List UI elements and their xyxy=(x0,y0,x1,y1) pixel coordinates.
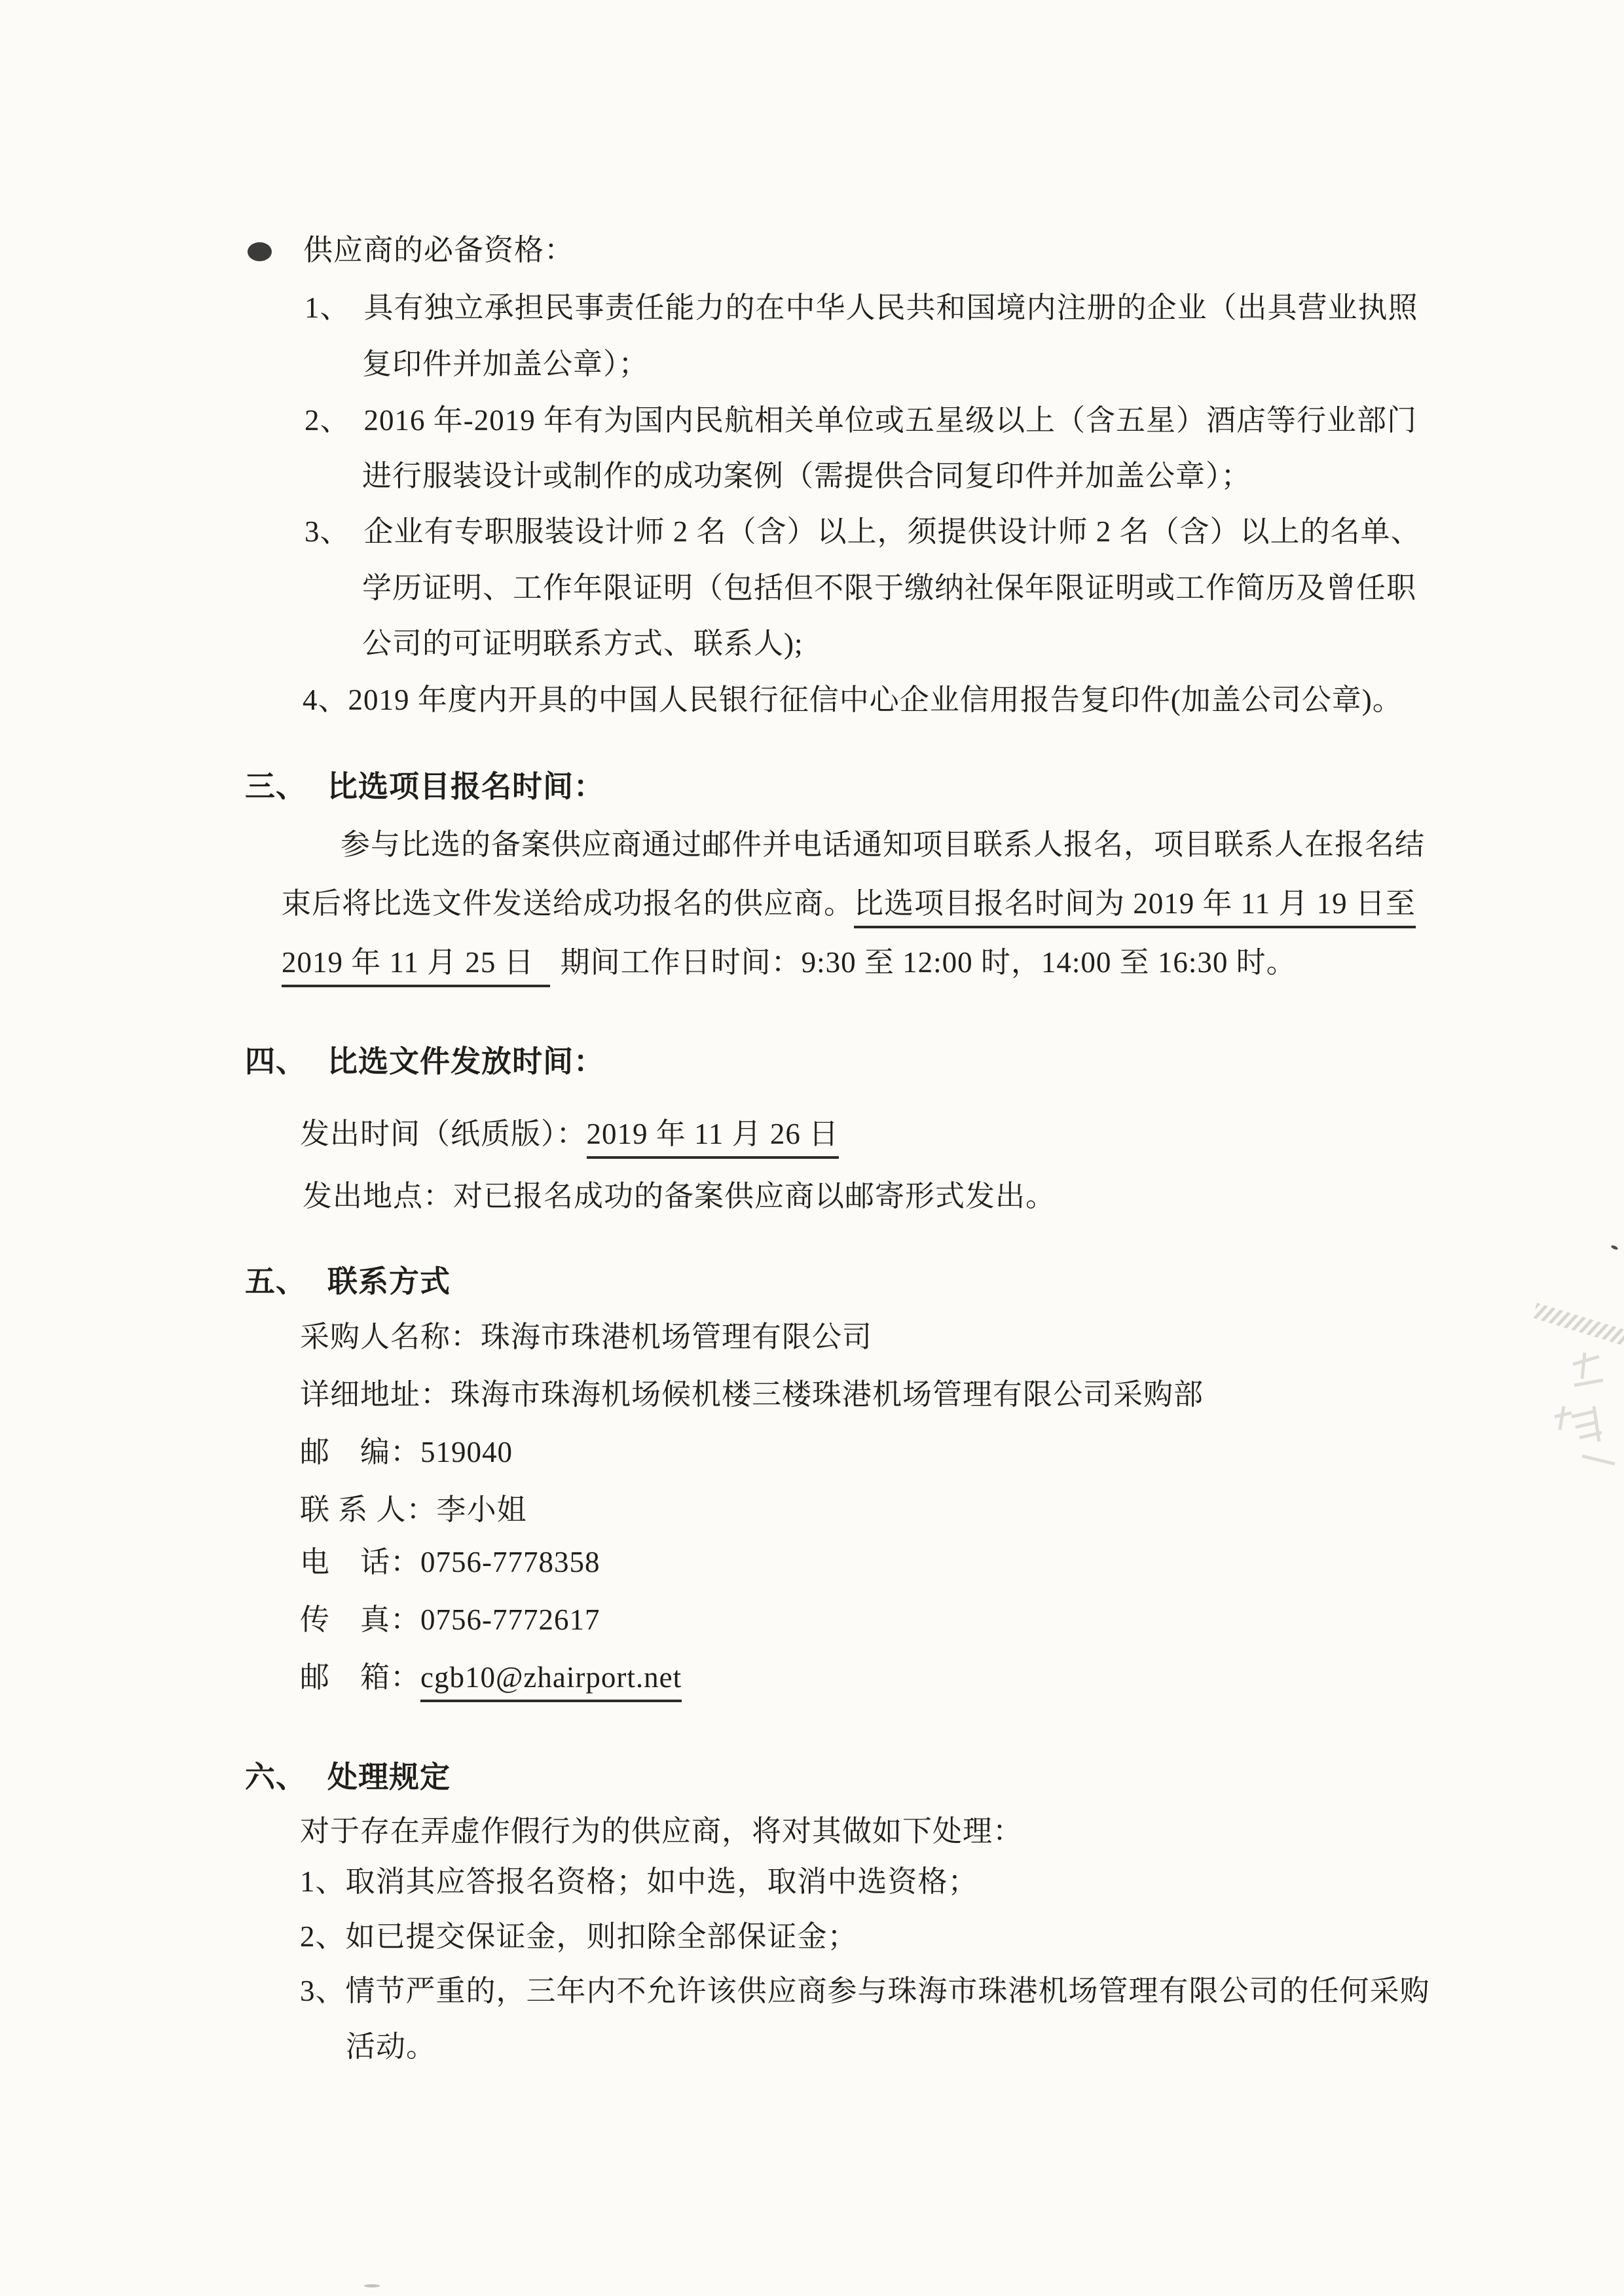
issue-time-label: 发出时间（纸质版）： xyxy=(300,1118,587,1150)
qual-item1-number: 1、 xyxy=(304,291,350,324)
qual-item2-number: 2、 xyxy=(304,404,350,437)
fax-row: 传 真：0756-7772617 xyxy=(300,1601,600,1639)
section-three-number: 三、 xyxy=(245,770,306,803)
address-row: 详细地址：珠海市珠海机场候机楼三楼珠港机场管理有限公司采购部 xyxy=(300,1376,1204,1413)
penalty-item2-text: 2、如已提交保证金，则扣除全部保证金； xyxy=(300,1920,858,1953)
section-three-para-text1: 参与比选的备案供应商通过邮件并电话通知项目联系人报名，项目联系人在报名结 xyxy=(341,828,1425,861)
postcode-label: 邮 编： xyxy=(300,1436,420,1468)
qual-item3-text1: 企业有专职服装设计师 2 名（含）以上，须提供设计师 2 名（含）以上的名单、 xyxy=(364,515,1421,548)
qual-item3-line1: 3、企业有专职服装设计师 2 名（含）以上，须提供设计师 2 名（含）以上的名单… xyxy=(304,513,1421,551)
section-three-para-text3: 期间工作日时间：9:30 至 12:00 时，14:00 至 16:30 时。 xyxy=(561,946,1297,979)
issue-time-value-underlined: 2019 年 11 月 26 日 xyxy=(587,1118,840,1159)
section-four-number: 四、 xyxy=(245,1045,306,1078)
ink-speck xyxy=(1610,1245,1618,1250)
section-six-intro-line: 对于存在弄虚作假行为的供应商，将对其做如下处理： xyxy=(300,1812,1023,1850)
penalty-item3-text2: 活动。 xyxy=(346,2030,436,2063)
issue-place-line: 发出地点：对已报名成功的备案供应商以邮寄形式发出。 xyxy=(303,1177,1056,1215)
section-three-para-line3: 2019 年 11 月 25 日期间工作日时间：9:30 至 12:00 时，1… xyxy=(282,943,1297,981)
contact-person-value: 李小姐 xyxy=(437,1493,527,1526)
issue-place-text: 发出地点：对已报名成功的备案供应商以邮寄形式发出。 xyxy=(303,1180,1056,1212)
penalty-item1-text: 1、取消其应答报名资格；如中选，取消中选资格； xyxy=(300,1865,978,1898)
section-five-number: 五、 xyxy=(245,1265,306,1298)
section-four-title: 比选文件发放时间： xyxy=(327,1045,604,1078)
qual-item3-text3: 公司的可证明联系方式、联系人); xyxy=(362,627,803,660)
section-six-intro-text: 对于存在弄虚作假行为的供应商，将对其做如下处理： xyxy=(300,1815,1023,1848)
bullet-icon xyxy=(248,242,272,261)
qual-item1-text2: 复印件并加盖公章）； xyxy=(362,348,649,380)
phone-row: 电 话：0756-7778358 xyxy=(300,1543,600,1581)
section-six-number: 六、 xyxy=(245,1760,306,1794)
email-row: 邮 箱：cgb10@zhairport.net xyxy=(300,1658,682,1696)
address-value: 珠海市珠海机场候机楼三楼珠港机场管理有限公司采购部 xyxy=(451,1378,1204,1411)
penalty-item3-text1: 3、情节严重的，三年内不允许该供应商参与珠海市珠港机场管理有限公司的任何采购 xyxy=(300,1975,1430,2007)
buyer-name-row: 采购人名称：珠海市珠港机场管理有限公司 xyxy=(300,1318,872,1356)
penalty-item1-line: 1、取消其应答报名资格；如中选，取消中选资格； xyxy=(300,1863,978,1901)
email-label: 邮 箱： xyxy=(300,1661,420,1694)
contact-person-label: 联 系 人： xyxy=(300,1493,437,1526)
scanned-document-page: 供应商的必备资格： 1、具有独立承担民事责任能力的在中华人民共和国境内注册的企业… xyxy=(0,0,1624,2296)
qualification-heading-line: 供应商的必备资格： xyxy=(248,231,574,269)
scan-speck xyxy=(364,2284,380,2287)
stamp-artifact xyxy=(1517,1302,1624,1518)
section-six-heading: 六、处理规定 xyxy=(245,1758,451,1796)
address-label: 详细地址： xyxy=(300,1378,451,1411)
qual-item3-text2: 学历证明、工作年限证明（包括但不限于缴纳社保年限证明或工作简历及曾任职 xyxy=(362,572,1416,604)
phone-label: 电 话： xyxy=(300,1546,420,1578)
qual-item4-line: 4、2019 年度内开具的中国人民银行征信中心企业信用报告复印件(加盖公司公章)… xyxy=(303,681,1403,719)
qual-item2-text2: 进行服装设计或制作的成功案例（需提供合同复印件并加盖公章）； xyxy=(362,460,1251,492)
stamp-strokes xyxy=(1517,1302,1624,1518)
email-value-underlined: cgb10@zhairport.net xyxy=(420,1661,682,1702)
qual-item3-line2: 学历证明、工作年限证明（包括但不限于缴纳社保年限证明或工作简历及曾任职 xyxy=(362,569,1416,607)
qual-item2-line2: 进行服装设计或制作的成功案例（需提供合同复印件并加盖公章）； xyxy=(362,457,1251,495)
section-six-title: 处理规定 xyxy=(327,1760,451,1794)
qual-item4-text: 4、2019 年度内开具的中国人民银行征信中心企业信用报告复印件(加盖公司公章)… xyxy=(303,683,1403,716)
qual-item1-line2: 复印件并加盖公章）； xyxy=(362,345,649,383)
qual-item1-line1: 1、具有独立承担民事责任能力的在中华人民共和国境内注册的企业（出具营业执照 xyxy=(304,289,1418,327)
postcode-value: 519040 xyxy=(420,1436,513,1468)
fax-label: 传 真： xyxy=(300,1603,420,1636)
qual-item2-text1: 2016 年-2019 年有为国内民航相关单位或五星级以上（含五星）酒店等行业部… xyxy=(364,404,1418,437)
penalty-item3-line2: 活动。 xyxy=(346,2028,436,2066)
registration-period-start-underlined: 比选项目报名时间为 2019 年 11 月 19 日至 xyxy=(854,887,1416,928)
contact-person-row: 联 系 人：李小姐 xyxy=(300,1491,527,1529)
section-four-heading: 四、比选文件发放时间： xyxy=(245,1043,604,1081)
penalty-item2-line: 2、如已提交保证金，则扣除全部保证金； xyxy=(300,1918,858,1956)
qual-item2-line1: 2、2016 年-2019 年有为国内民航相关单位或五星级以上（含五星）酒店等行… xyxy=(304,401,1417,439)
section-three-title: 比选项目报名时间： xyxy=(327,770,604,803)
qual-item3-number: 3、 xyxy=(304,515,350,548)
qualification-heading: 供应商的必备资格： xyxy=(303,234,574,266)
section-three-para-line2: 束后将比选文件发送给成功报名的供应商。比选项目报名时间为 2019 年 11 月… xyxy=(282,884,1416,922)
section-three-para-line1: 参与比选的备案供应商通过邮件并电话通知项目联系人报名，项目联系人在报名结 xyxy=(341,826,1425,864)
section-five-heading: 五、联系方式 xyxy=(245,1263,451,1301)
qual-item1-text1: 具有独立承担民事责任能力的在中华人民共和国境内注册的企业（出具营业执照 xyxy=(364,291,1418,324)
registration-period-end-underlined: 2019 年 11 月 25 日 xyxy=(282,946,550,987)
buyer-name-value: 珠海市珠港机场管理有限公司 xyxy=(481,1321,872,1353)
phone-value: 0756-7778358 xyxy=(420,1546,600,1578)
section-three-para-text2: 束后将比选文件发送给成功报名的供应商。 xyxy=(282,887,854,920)
buyer-name-label: 采购人名称： xyxy=(300,1321,481,1353)
qual-item3-line3: 公司的可证明联系方式、联系人); xyxy=(362,625,803,663)
penalty-item3-line1: 3、情节严重的，三年内不允许该供应商参与珠海市珠港机场管理有限公司的任何采购 xyxy=(300,1972,1430,2010)
issue-time-line: 发出时间（纸质版）：2019 年 11 月 26 日 xyxy=(300,1115,839,1153)
section-three-heading: 三、比选项目报名时间： xyxy=(245,768,604,806)
fax-value: 0756-7772617 xyxy=(420,1603,600,1636)
section-five-title: 联系方式 xyxy=(327,1265,451,1298)
postcode-row: 邮 编：519040 xyxy=(300,1433,513,1471)
